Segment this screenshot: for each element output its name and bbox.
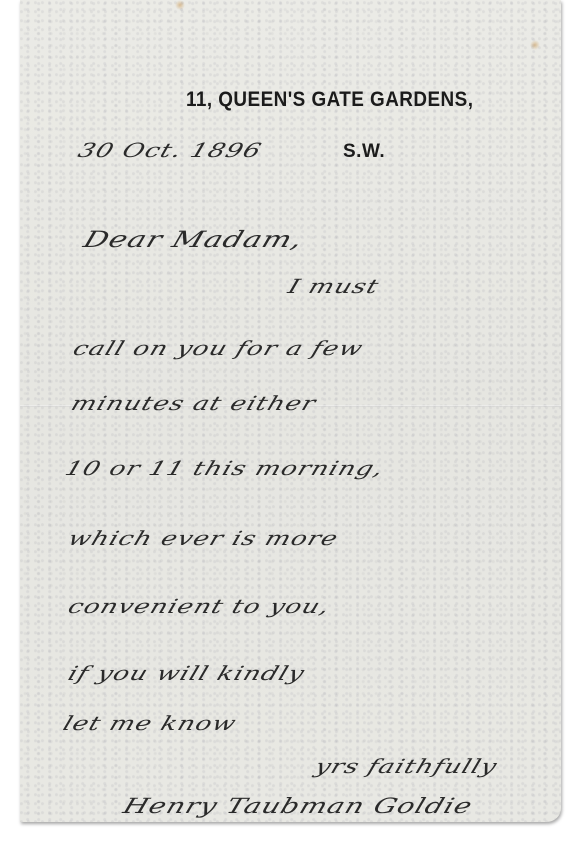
letterhead-address: 11, QUEEN'S GATE GARDENS, [186,88,473,112]
body-line: minutes at either [68,393,319,416]
body-line: I must [285,276,382,299]
body-line: which ever is more [65,528,341,551]
body-line: convenient to you, [65,596,333,619]
letter-signature: Henry Taubman Goldie [120,793,476,818]
letter-closing: yrs faithfully [312,756,500,779]
letter-date: 30 Oct. 1896 [75,140,265,163]
body-line: call on you for a few [70,338,366,361]
letterhead-district: S.W. [343,141,385,163]
body-line: let me know [60,713,239,736]
paper-stain [530,40,540,50]
letter-salutation: Dear Madam, [80,227,307,253]
paper-stain [175,0,185,10]
body-line: 10 or 11 this morning, [62,458,387,481]
body-line: if you will kindly [65,663,308,686]
letter-paper: 11, QUEEN'S GATE GARDENS, S.W. 30 Oct. 1… [20,0,561,822]
